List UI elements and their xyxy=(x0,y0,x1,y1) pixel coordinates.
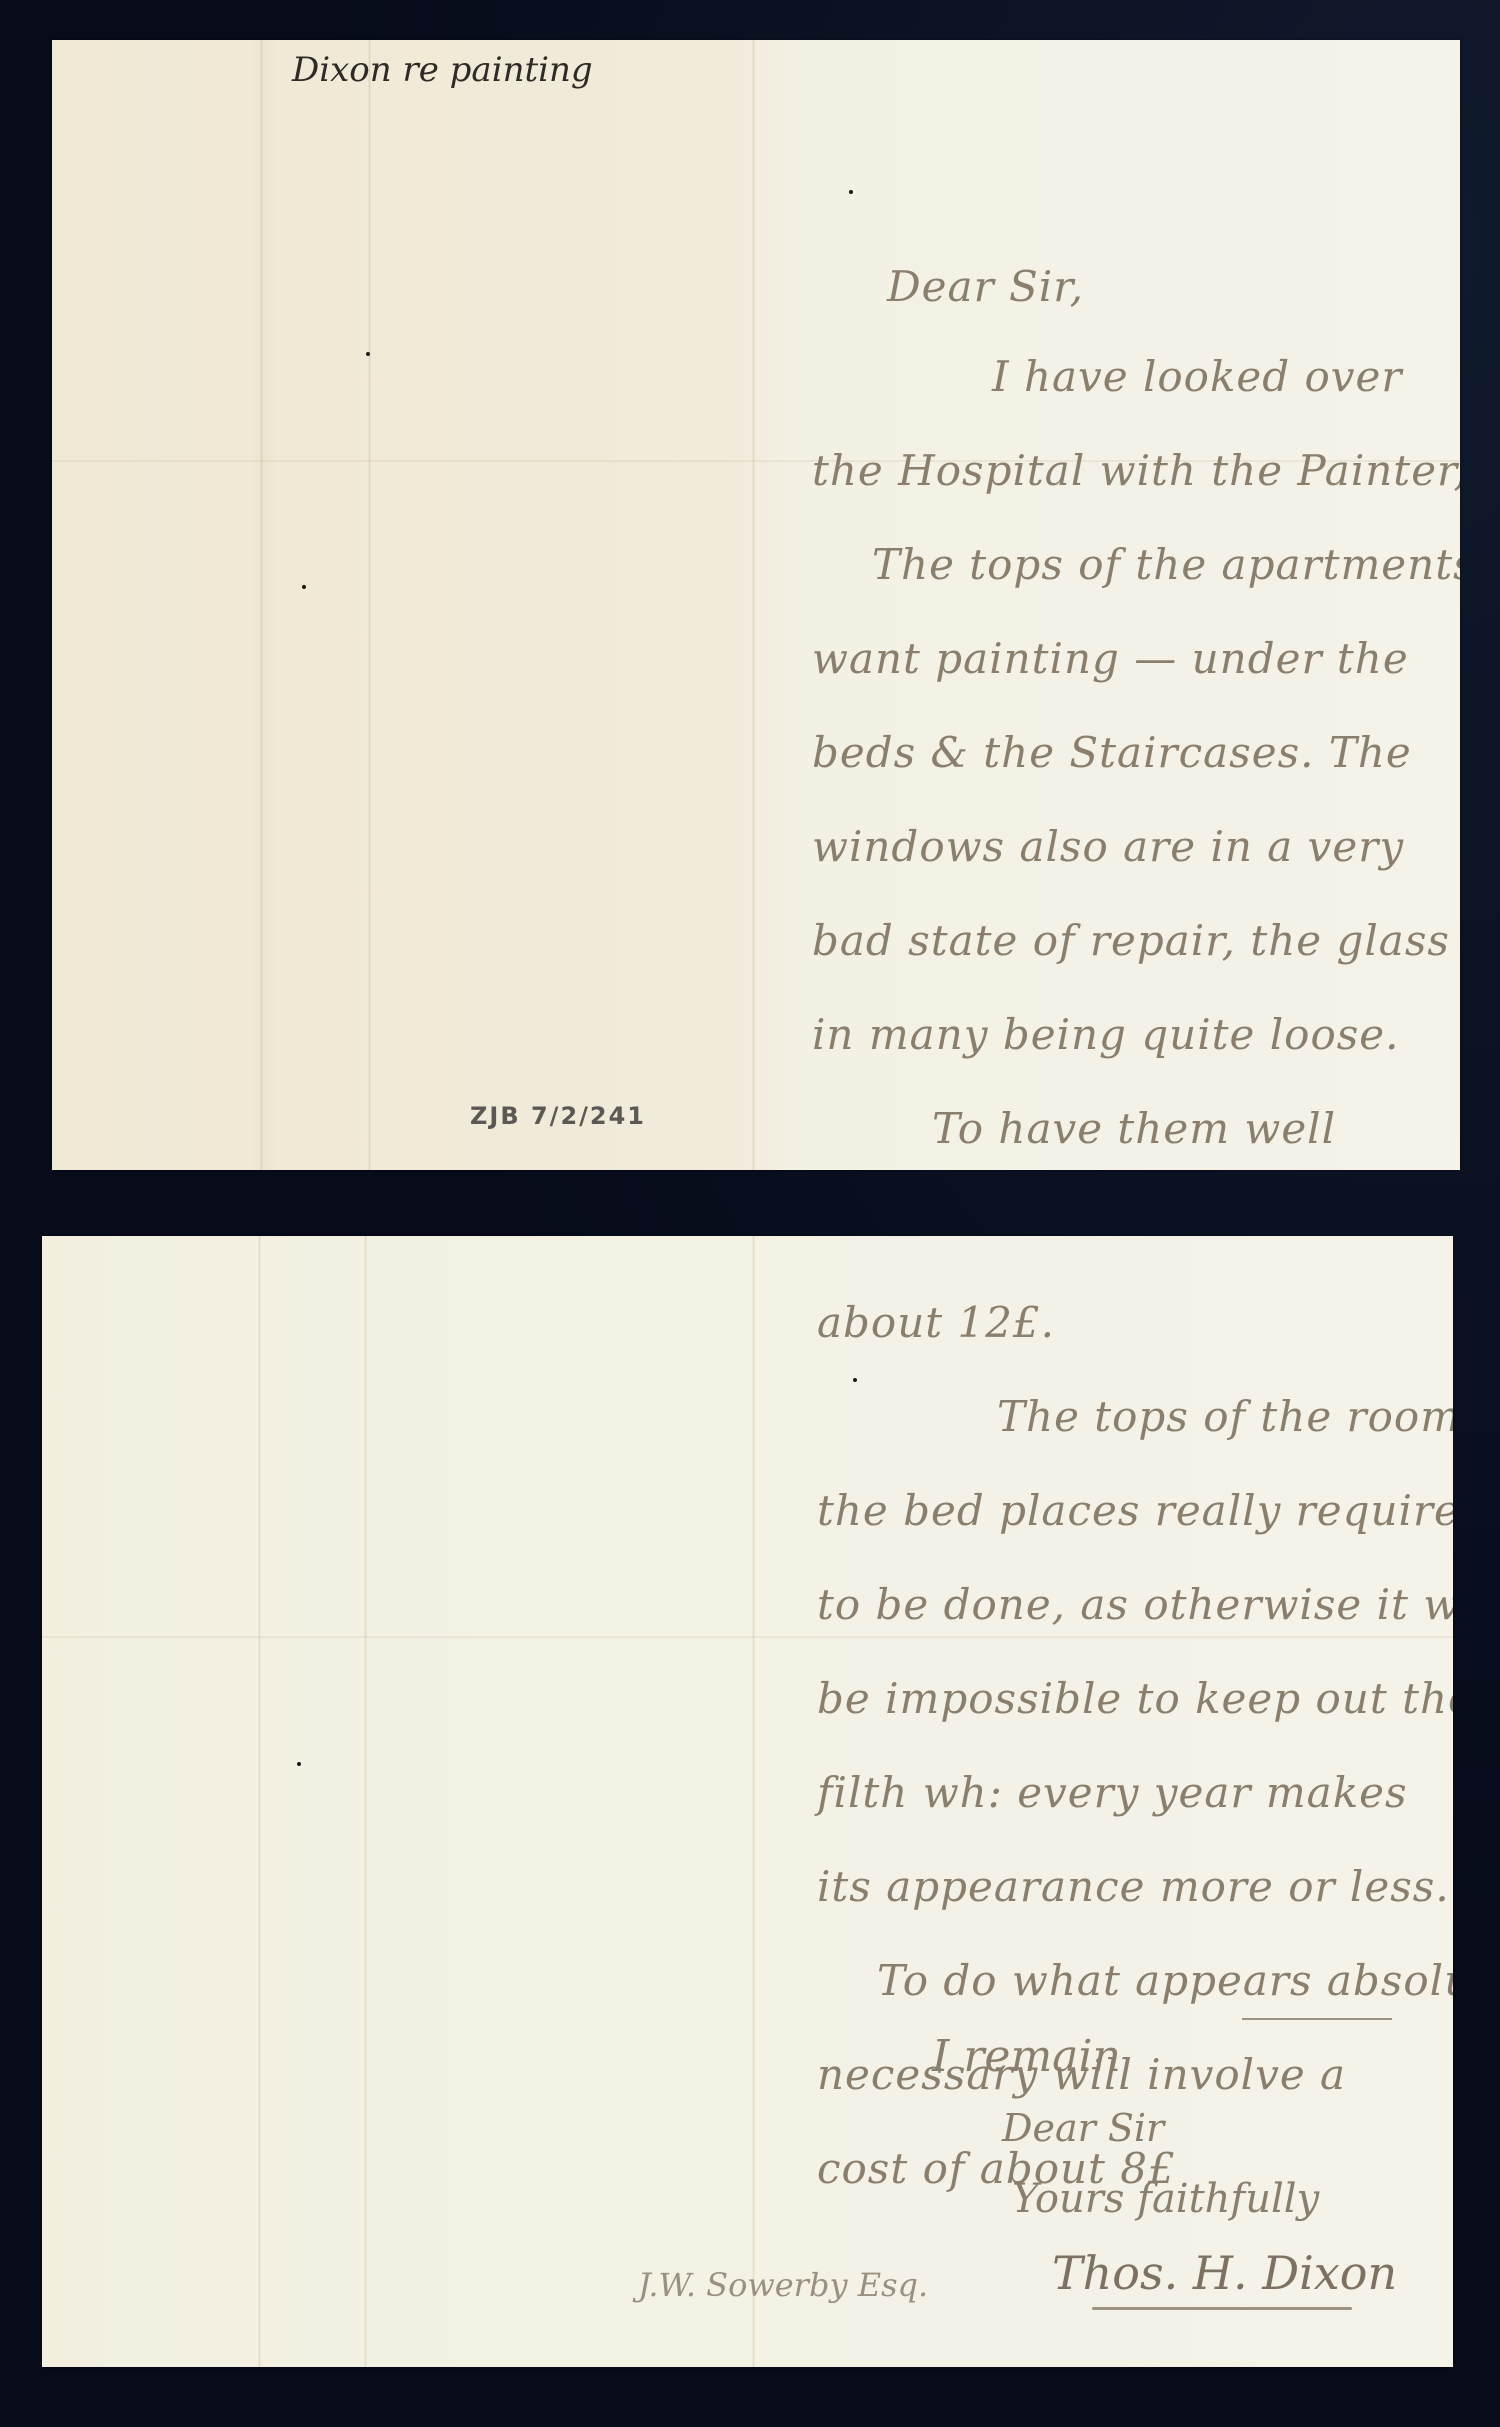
signature-underline xyxy=(1092,2307,1352,2310)
addressee: J.W. Sowerby Esq. xyxy=(638,2266,928,2304)
signature: Thos. H. Dixon xyxy=(1052,2246,1397,2300)
body-line: The tops of the apartments xyxy=(812,518,1460,612)
body-line: be impossible to keep out the xyxy=(817,1652,1453,1746)
body-line: To do what appears absolutely xyxy=(817,1934,1453,2028)
fold-line xyxy=(260,40,263,1170)
letter-page-1: Dixon re painting ZJB 7/2/241 Dear Sir, … xyxy=(52,40,1460,1170)
closing-yours-faithfully: Yours faithfully xyxy=(1012,2176,1319,2222)
body-line: beds & the Staircases. The xyxy=(812,706,1460,800)
ink-speck xyxy=(302,585,306,589)
ink-speck xyxy=(366,352,370,356)
body-line: windows also are in a very xyxy=(812,800,1460,894)
body-line: about 12£. xyxy=(817,1276,1453,1370)
body-line: filth wh: every year makes xyxy=(817,1746,1453,1840)
body-line: bad state of repair, the glass xyxy=(812,894,1460,988)
closing-dear-sir: Dear Sir xyxy=(1002,2106,1164,2150)
letter-page-2: about 12£. The tops of the rooms & the b… xyxy=(42,1236,1453,2367)
ink-speck xyxy=(297,1762,301,1766)
center-fold-line xyxy=(752,40,755,1170)
closing-remain: I remain xyxy=(932,2031,1121,2082)
letter-body-page-2: about 12£. The tops of the rooms & the b… xyxy=(817,1276,1453,2216)
body-line: The tops of the rooms & xyxy=(817,1370,1453,1464)
body-line: the bed places really require xyxy=(817,1464,1453,1558)
cost-dash xyxy=(1242,2018,1392,2020)
fold-line xyxy=(368,40,371,1170)
body-line: I have looked over xyxy=(812,330,1460,424)
body-line: the Hospital with the Painter, xyxy=(812,424,1460,518)
center-fold-line xyxy=(752,1236,755,2367)
fold-line xyxy=(364,1236,367,2367)
letter-body-page-1: I have looked over the Hospital with the… xyxy=(812,330,1460,1170)
docket-note: Dixon re painting xyxy=(292,50,593,90)
body-line: To have them well xyxy=(812,1082,1460,1170)
body-line: its appearance more or less. xyxy=(817,1840,1453,1934)
ink-speck xyxy=(849,190,853,194)
fold-line xyxy=(258,1236,261,2367)
archive-reference: ZJB 7/2/241 xyxy=(470,1102,646,1130)
body-line: in many being quite loose. xyxy=(812,988,1460,1082)
body-line: want painting — under the xyxy=(812,612,1460,706)
body-line: to be done, as otherwise it will xyxy=(817,1558,1453,1652)
salutation: Dear Sir, xyxy=(887,240,1084,334)
